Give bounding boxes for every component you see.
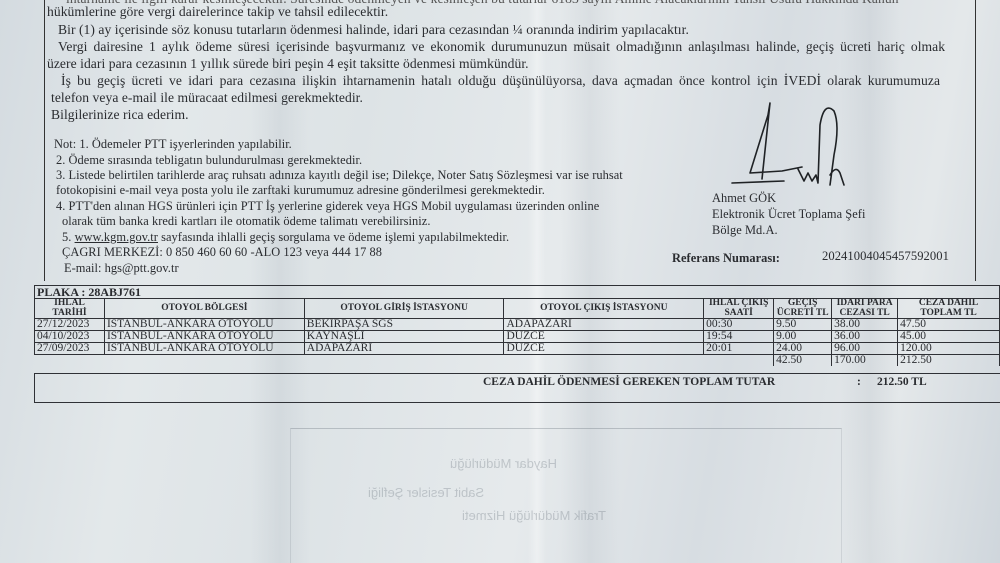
column-header: OTOYOL BÖLGESİ bbox=[104, 299, 304, 319]
table-cell: İSTANBUL-ANKARA OTOYOLU bbox=[104, 343, 304, 355]
bleed-through-text-2: Sabit Tesisler Şefliği bbox=[368, 485, 484, 500]
table-cell: 36.00 bbox=[832, 331, 898, 343]
table-cell: 27/12/2023 bbox=[35, 319, 105, 331]
table-cell: 120.00 bbox=[898, 343, 1000, 355]
letter-line-2: Bir (1) ay içerisinde söz konusu tutarla… bbox=[58, 22, 689, 38]
table-cell: ADAPAZARI bbox=[304, 343, 504, 355]
table-cell: KAYNAŞLI bbox=[304, 331, 504, 343]
sum-cell: 212.50 bbox=[898, 355, 1000, 367]
column-header-text: OTOYOL BÖLGESİ bbox=[161, 303, 247, 313]
table-row: 27/12/2023İSTANBUL-ANKARA OTOYOLUBEKİRPA… bbox=[35, 319, 1000, 331]
note-2: 2. Ödeme sırasında tebligatın bulundurul… bbox=[56, 152, 362, 168]
table-cell: 9.00 bbox=[774, 331, 832, 343]
letter-line-5: İş bu geçiş ücreti ve idari para cezasın… bbox=[61, 73, 940, 89]
note-5-text: sayfasında ihlalli geçiş sorgulama ve öd… bbox=[161, 230, 509, 244]
table-cell: 20:01 bbox=[704, 343, 774, 355]
table-cell: DÜZCE bbox=[504, 331, 704, 343]
table-header-row: İHLALTARİHİOTOYOL BÖLGESİOTOYOL GİRİŞ İS… bbox=[35, 299, 1000, 319]
email-address[interactable]: hgs@ptt.gov.tr bbox=[105, 261, 179, 275]
total-amount-box: CEZA DAHİL ÖDENMESİ GEREKEN TOPLAM TUTAR… bbox=[34, 373, 1000, 403]
note-4: 4. PTT'den alınan HGS ürünleri için PTT … bbox=[56, 198, 599, 214]
note-3-cont: fotokopisini e-mail veya posta yolu ile … bbox=[56, 182, 545, 198]
violations-table: PLAKA : 28ABJ761 İHLALTARİHİOTOYOL BÖLGE… bbox=[34, 285, 1000, 366]
table-cell: 19:54 bbox=[704, 331, 774, 343]
column-header-text: TOPLAM TL bbox=[920, 308, 976, 318]
column-header-text: ÜCRETİ TL bbox=[777, 308, 829, 318]
note-5: 5. www.kgm.gov.tr sayfasında ihlalli geç… bbox=[62, 229, 509, 245]
table-cell: 24.00 bbox=[774, 343, 832, 355]
total-label: CEZA DAHİL ÖDENMESİ GEREKEN TOPLAM TUTAR bbox=[483, 376, 775, 388]
email-label: E-mail: bbox=[64, 261, 102, 275]
table-cell: 38.00 bbox=[832, 319, 898, 331]
table-cell: 00:30 bbox=[704, 319, 774, 331]
column-header: İHLAL ÇIKIŞSAATİ bbox=[704, 299, 774, 319]
bleed-through-text-3: Trafik Müdürlüğü Hizmeti bbox=[462, 508, 606, 523]
table-row: 04/10/2023İSTANBUL-ANKARA OTOYOLUKAYNAŞL… bbox=[35, 331, 1000, 343]
column-header-text: CEZASI TL bbox=[839, 308, 889, 318]
column-header: OTOYOL GİRİŞ İSTASYONU bbox=[304, 299, 504, 319]
column-header: İDARİ PARACEZASI TL bbox=[832, 299, 898, 319]
signatory-name: Ahmet GÖK bbox=[712, 190, 776, 206]
email-line: E-mail: hgs@ptt.gov.tr bbox=[64, 260, 179, 276]
signatory-unit: Bölge Md.A. bbox=[712, 222, 778, 238]
note-1: Not: 1. Ödemeler PTT işyerlerinden yapıl… bbox=[54, 136, 292, 152]
table-cell: 96.00 bbox=[832, 343, 898, 355]
kgm-website-link[interactable]: www.kgm.gov.tr bbox=[75, 230, 158, 244]
sum-row-spacer bbox=[35, 355, 774, 367]
bleed-through-text-1: Haydar Müdürlüğü bbox=[450, 456, 557, 471]
signatory-title: Elektronik Ücret Toplama Şefi bbox=[712, 206, 865, 222]
column-header-text: OTOYOL ÇIKIŞ İSTASYONU bbox=[540, 303, 667, 313]
plate-number: PLAKA : 28ABJ761 bbox=[34, 285, 1000, 298]
reference-number: 20241004045457592001 bbox=[822, 248, 949, 264]
table-cell: 9.50 bbox=[774, 319, 832, 331]
sum-cell: 170.00 bbox=[832, 355, 898, 367]
column-header-text: TARİHİ bbox=[52, 308, 86, 318]
column-header-text: SAATİ bbox=[724, 308, 752, 318]
total-separator: : bbox=[857, 376, 861, 388]
note-5-number: 5. bbox=[62, 230, 71, 244]
letter-line-3: Vergi dairesine 1 aylık ödeme süresi içe… bbox=[58, 39, 945, 55]
table-cell: İSTANBUL-ANKARA OTOYOLU bbox=[104, 319, 304, 331]
column-header: OTOYOL ÇIKIŞ İSTASYONU bbox=[504, 299, 704, 319]
letter-line-1: hükümlerine göre vergi dairelerince taki… bbox=[47, 4, 388, 20]
note-4-cont: olarak tüm banka kredi kartları ile otom… bbox=[62, 213, 430, 229]
column-header: İHLALTARİHİ bbox=[35, 299, 105, 319]
table-cell: ADAPAZARI bbox=[504, 319, 704, 331]
letter-line-4: üzere idari para cezasının 1 yıllık süre… bbox=[47, 56, 529, 72]
letter-line-7: Bilgilerinize rica ederim. bbox=[51, 107, 189, 123]
table-sum-row: 42.50170.00212.50 bbox=[35, 355, 1000, 367]
column-header-text: OTOYOL GİRİŞ İSTASYONU bbox=[340, 303, 467, 313]
table-cell: İSTANBUL-ANKARA OTOYOLU bbox=[104, 331, 304, 343]
table-cell: DÜZCE bbox=[504, 343, 704, 355]
sum-cell: 42.50 bbox=[774, 355, 832, 367]
table-cell: BEKİRPAŞA SGS bbox=[304, 319, 504, 331]
note-3: 3. Listede belirtilen tarihlerde araç ru… bbox=[56, 167, 623, 183]
column-header: GEÇİŞÜCRETİ TL bbox=[774, 299, 832, 319]
signature-icon bbox=[712, 95, 862, 187]
call-center: ÇAGRI MERKEZİ: 0 850 460 60 60 -ALO 123 … bbox=[62, 244, 382, 260]
table-cell: 47.50 bbox=[898, 319, 1000, 331]
table-cell: 27/09/2023 bbox=[35, 343, 105, 355]
total-value: 212.50 TL bbox=[877, 376, 927, 388]
column-header: CEZA DAHİLTOPLAM TL bbox=[898, 299, 1000, 319]
table-cell: 04/10/2023 bbox=[35, 331, 105, 343]
letter-line-6: telefon veya e-mail ile müracaat edilmes… bbox=[51, 90, 363, 106]
reference-label: Referans Numarası: bbox=[672, 250, 780, 266]
table-row: 27/09/2023İSTANBUL-ANKARA OTOYOLUADAPAZA… bbox=[35, 343, 1000, 355]
table-cell: 45.00 bbox=[898, 331, 1000, 343]
